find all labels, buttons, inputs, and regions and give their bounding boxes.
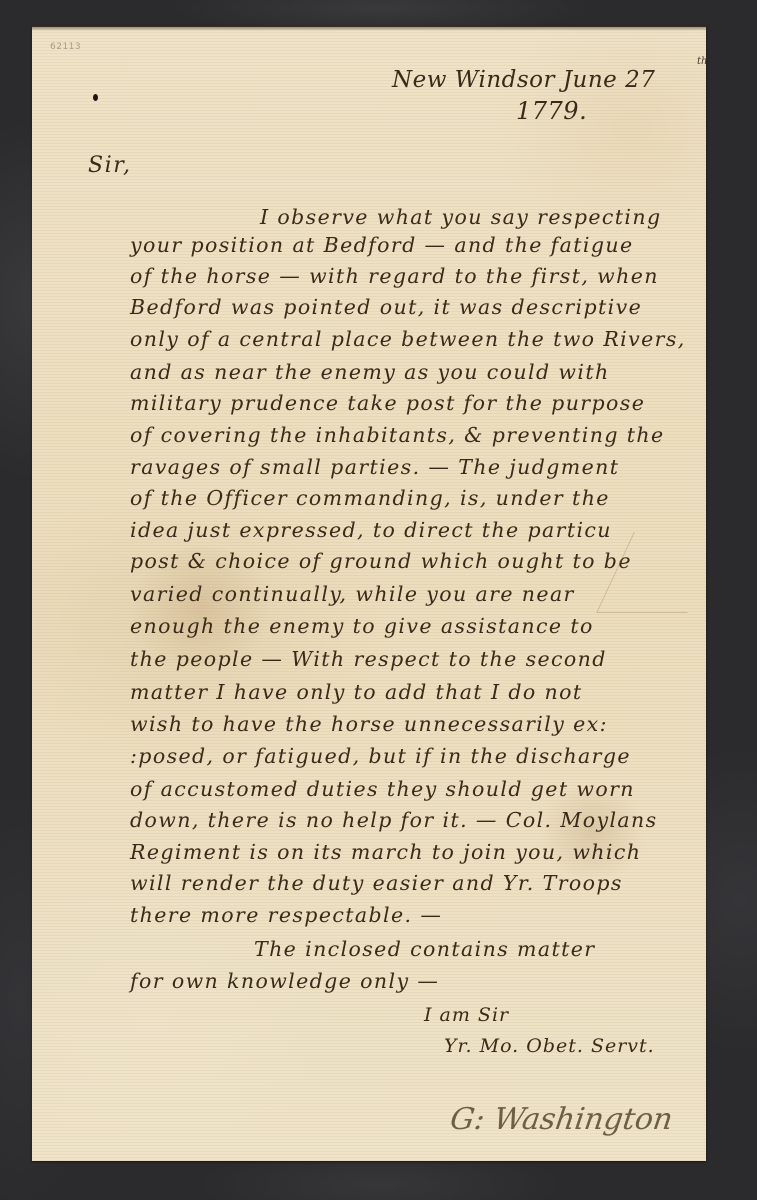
body-line: down, there is no help for it. — Col. Mo… [130,808,658,832]
closing-line: I am Sir [424,1004,509,1026]
body-line: I observe what you say respecting [260,205,661,229]
body-line: of covering the inhabitants, & preventin… [130,423,665,447]
body-line: matter I have only to add that I do not [130,680,583,704]
body-line: The inclosed contains matter [254,937,596,961]
body-line: of the horse — with regard to the first,… [130,264,659,288]
body-line: varied continually, while you are near [130,582,575,606]
body-line: ravages of small parties. — The judgment [130,455,619,479]
body-line: of the Officer commanding, is, under the [130,486,610,510]
salutation: Sir, [88,153,132,178]
body-line: for own knowledge only — [130,969,439,993]
body-line: only of a central place between the two … [130,327,686,351]
body-line: enough the enemy to give assistance to [130,614,594,638]
body-line: post & choice of ground which ought to b… [130,549,632,573]
dateline-superscript: th [697,56,707,67]
body-line: the people — With respect to the second [130,647,607,671]
archive-number: 62113 [50,42,81,52]
body-line: :posed, or fatigued, but if in the disch… [130,744,631,768]
body-line: there more respectable. — [130,903,442,927]
body-line: Regiment is on its march to join you, wh… [130,840,641,864]
dateline-year: 1779. [516,97,587,125]
signature: G: Washington [448,1102,675,1137]
body-line: idea just expressed, to direct the parti… [130,518,612,542]
body-line: of accustomed duties they should get wor… [130,777,635,801]
body-line: Bedford was pointed out, it was descript… [130,295,642,319]
body-line: will render the duty easier and Yr. Troo… [130,871,623,895]
dateline-place-date: New Windsor June 27 [392,67,655,93]
ink-blot [93,94,98,101]
body-line: and as near the enemy as you could with [130,360,610,384]
closing-line: Yr. Mo. Obet. Servt. [444,1035,655,1057]
letter-paper: 62113 New Windsor June 27 th 1779. Sir, … [32,26,706,1161]
body-line: your position at Bedford — and the fatig… [130,233,634,257]
body-line: wish to have the horse unnecessarily ex: [130,712,608,736]
body-line: military prudence take post for the purp… [130,391,645,415]
